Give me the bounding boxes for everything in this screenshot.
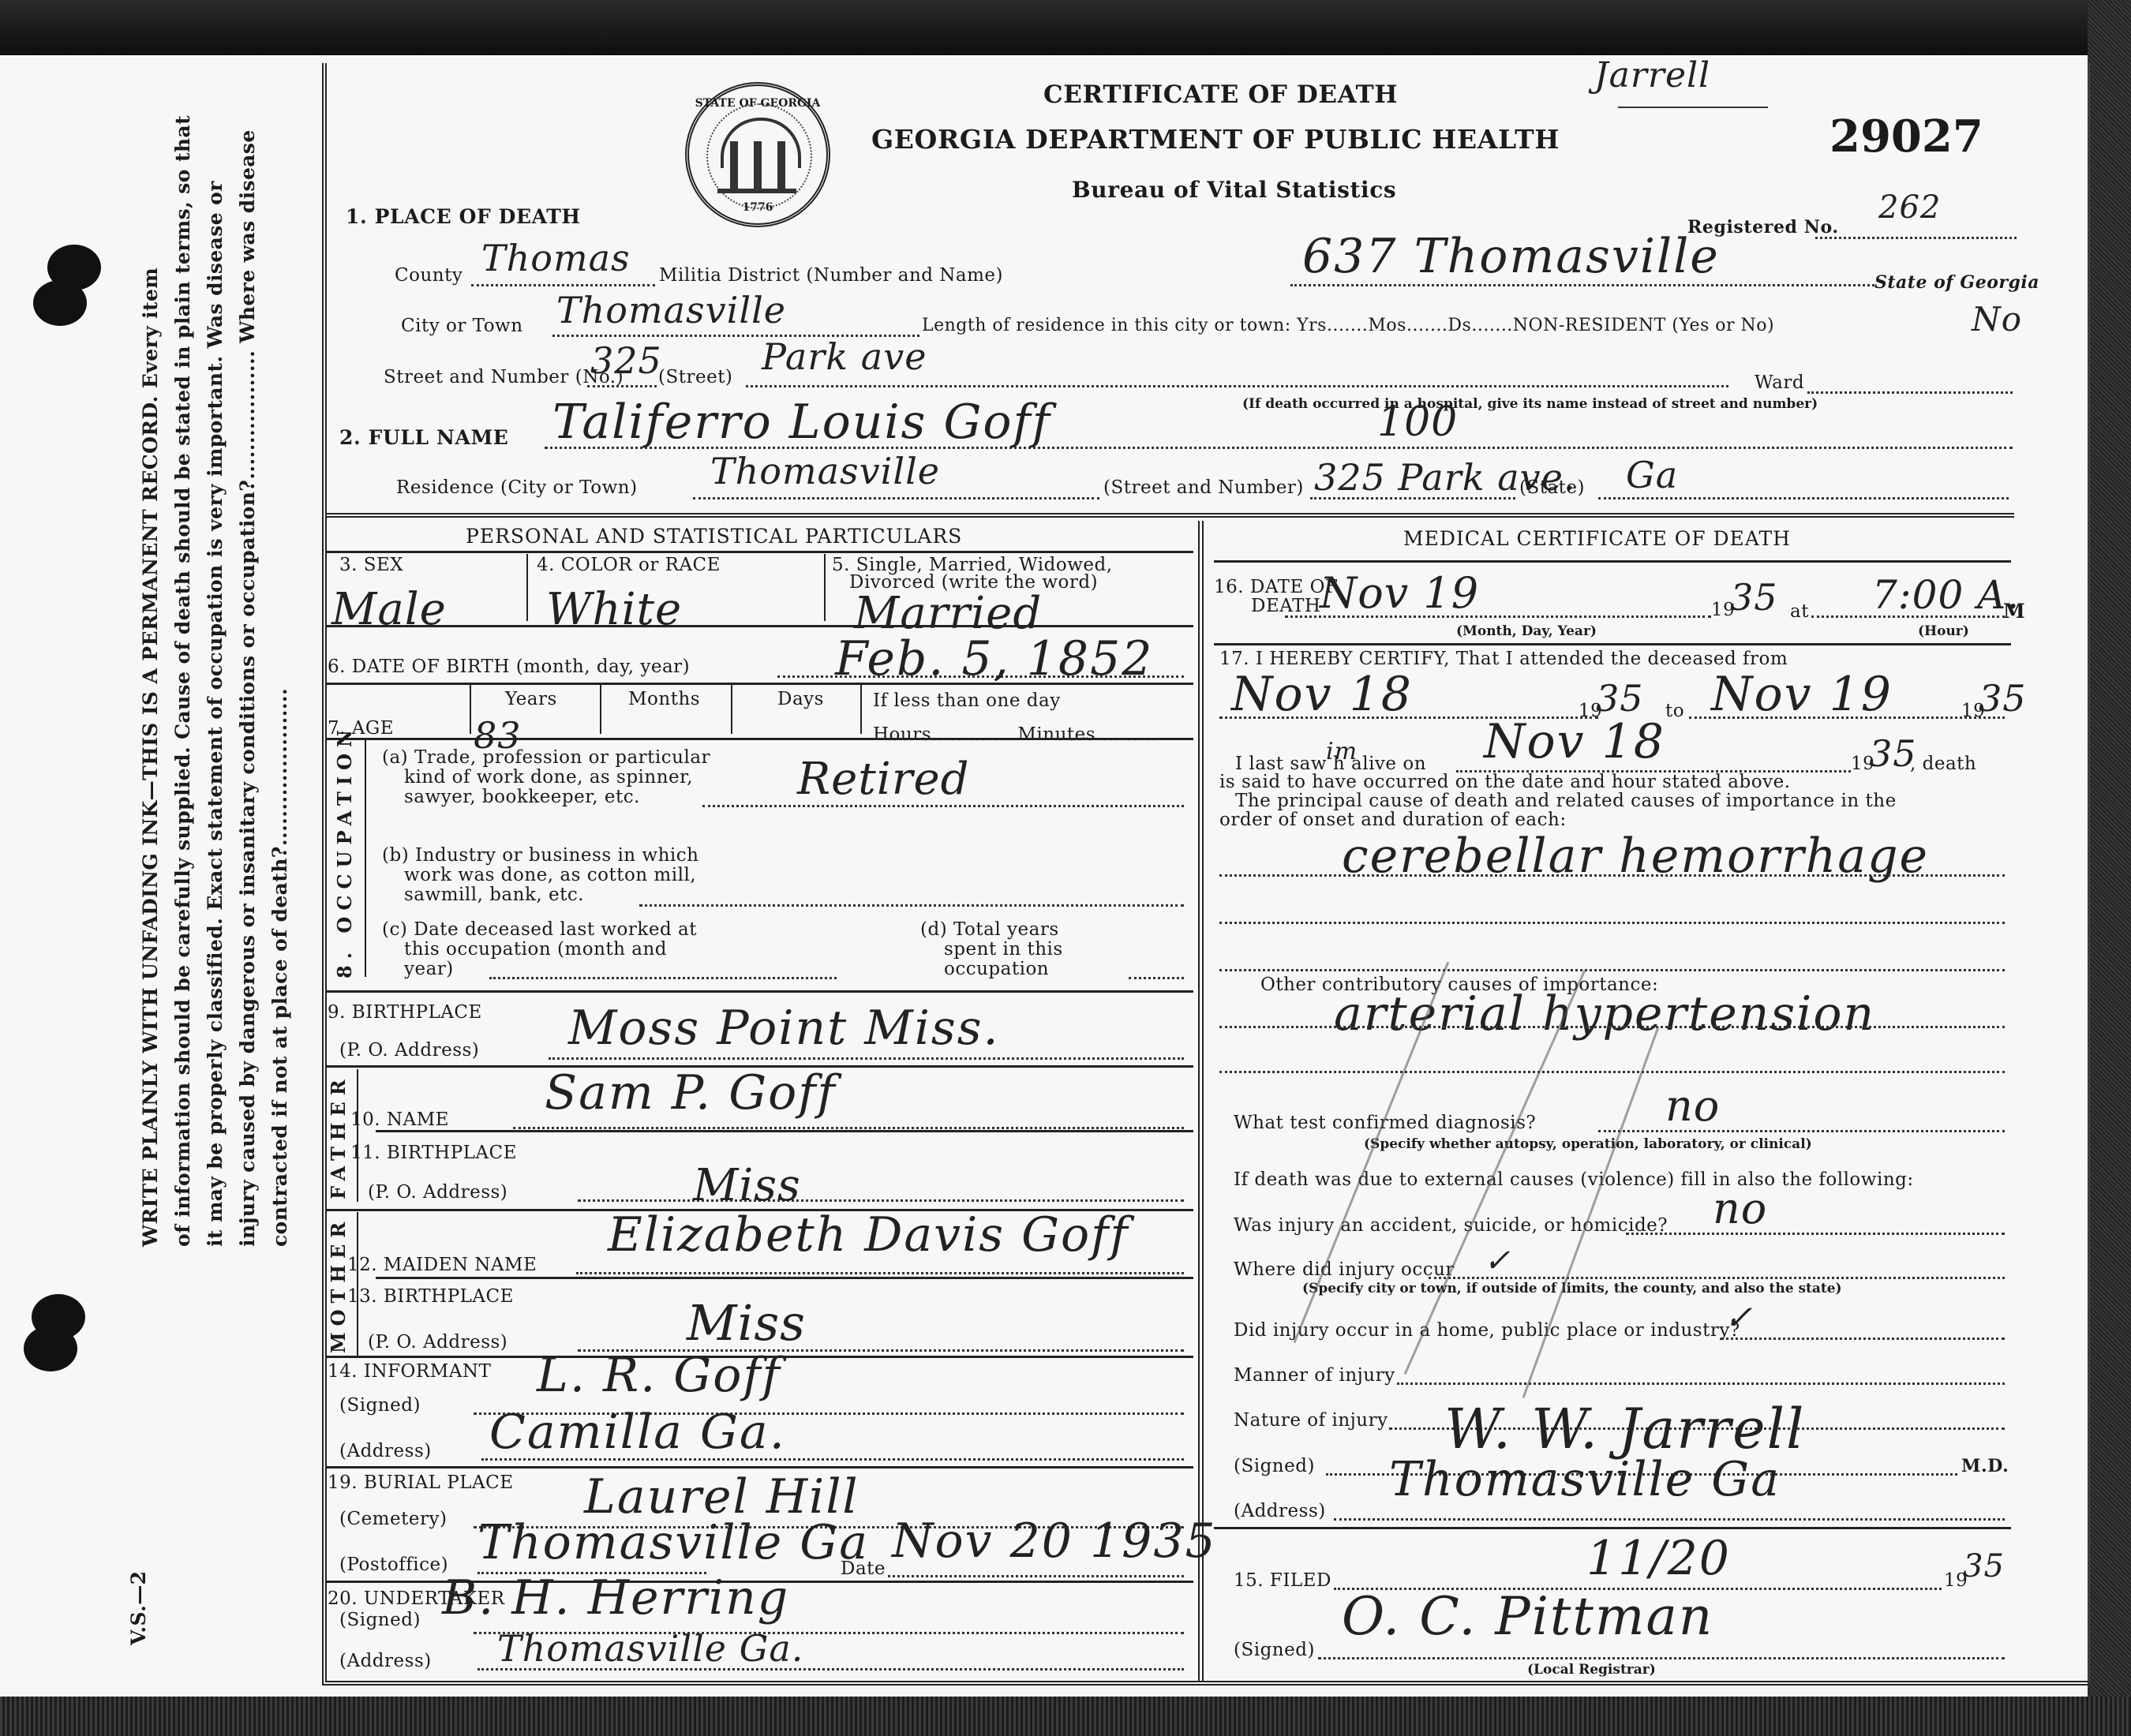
home-injury-value: ✓ — [1725, 1298, 1753, 1337]
mother-vertical-label: MOTHER — [327, 1216, 350, 1353]
bureau-name: Bureau of Vital Statistics — [1072, 177, 1396, 203]
residence-length-label: Length of residence in this city or town… — [922, 316, 1774, 335]
street-label: (Street) — [658, 367, 732, 387]
militia-value: 637 Thomasville — [1302, 229, 1720, 284]
postoffice-label: (Postoffice) — [339, 1555, 448, 1575]
principal-cause-text-2: order of onset and duration of each: — [1219, 810, 1567, 830]
side-instructions: WRITE PLAINLY WITH UNFADING INK—THIS IS … — [134, 115, 296, 1247]
physician-address-label: (Address) — [1234, 1501, 1326, 1521]
external-causes-label: If death was due to external causes (vio… — [1234, 1169, 1914, 1190]
race-value: White — [546, 584, 682, 635]
residence-label: Residence (City or Town) — [396, 477, 638, 498]
hospital-note: (If death occurred in a hospital, give i… — [1242, 396, 1818, 412]
test-note: (Specify whether autopsy, operation, lab… — [1364, 1136, 1812, 1152]
said-occurred-text: is said to have occurred on the date and… — [1219, 772, 1791, 792]
militia-label: Militia District (Number and Name) — [659, 265, 1003, 286]
mother-birthplace-value: Miss — [687, 1294, 806, 1352]
where-injury-note: (Specify city or town, if outside of lim… — [1302, 1281, 1842, 1296]
attended-from-value: Nov 18 — [1231, 667, 1413, 722]
birthplace-label: 9. BIRTHPLACE — [328, 1002, 482, 1023]
ward-label: Ward — [1755, 372, 1804, 393]
other-causes-value: arterial hypertension — [1334, 986, 1875, 1042]
city-label: City or Town — [401, 316, 523, 336]
document-title: CERTIFICATE OF DEATH — [1043, 80, 1398, 109]
occupation-d-label: (d) Total yearsspent in thisoccupation — [920, 920, 1063, 979]
city-value: Thomasville — [556, 289, 786, 331]
registered-no-value: 262 — [1878, 189, 1941, 226]
father-vertical-label: FATHER — [327, 1073, 350, 1199]
mother-maiden-label: 12. MAIDEN NAME — [347, 1255, 537, 1275]
age-days-label: Days — [777, 689, 824, 709]
burial-place-label: 19. BURIAL PLACE — [328, 1472, 514, 1493]
undertaker-signed-label: (Signed) — [339, 1610, 421, 1630]
mother-birthplace-label: 13. BIRTHPLACE — [347, 1286, 514, 1307]
last-saw-date-value: Nov 18 — [1484, 714, 1665, 769]
where-injury-label: Where did injury occur — [1234, 1259, 1455, 1280]
sex-value: Male — [331, 584, 447, 635]
burial-date-label: Date — [841, 1558, 886, 1579]
occupation-b-label: (b) Industry or business in whichwork wa… — [382, 846, 698, 905]
residence-city-value: Thomasville — [710, 450, 940, 492]
department-name: GEORGIA DEPARTMENT OF PUBLIC HEALTH — [871, 124, 1560, 155]
scan-border-bottom — [0, 1697, 2131, 1736]
side-instruction-line: contracted if not at place of death?....… — [264, 115, 296, 1247]
county-label: County — [395, 265, 463, 286]
occupation-c-label: (c) Date deceased last worked atthis occ… — [382, 920, 697, 979]
birthplace-value: Moss Point Miss. — [568, 1001, 1000, 1056]
father-name-label: 10. NAME — [350, 1109, 449, 1130]
occupation-a-value: Retired — [797, 754, 969, 805]
side-instruction-line: WRITE PLAINLY WITH UNFADING INK—THIS IS … — [134, 115, 167, 1247]
age-years-label: Years — [505, 689, 557, 709]
full-name-mark: 100 — [1377, 398, 1458, 446]
cemetery-label: (Cemetery) — [339, 1509, 447, 1529]
father-birthplace-value: Miss — [693, 1160, 801, 1211]
attended-to-value: Nov 19 — [1711, 667, 1893, 722]
dob-label: 6. DATE OF BIRTH (month, day, year) — [328, 657, 690, 677]
residence-state-label: (State) — [1519, 477, 1585, 498]
principal-cause-text: The principal cause of death and related… — [1235, 791, 1897, 811]
informant-signed-value: L. R. Goff — [537, 1348, 781, 1403]
sex-label: 3. SEX — [339, 555, 403, 575]
side-instruction-line: injury caused by dangerous or insanitary… — [231, 115, 264, 1247]
test-value: no — [1665, 1081, 1720, 1131]
binder-hole-icon — [24, 1326, 77, 1371]
certificate-number: 29027 — [1830, 110, 1983, 163]
non-resident-value: No — [1972, 300, 2022, 339]
occupation-a-label: (a) Trade, profession or particularkind … — [382, 748, 710, 807]
local-registrar-label: (Local Registrar) — [1527, 1662, 1656, 1678]
m-label: M — [2003, 600, 2025, 623]
informant-address-value: Camilla Ga. — [489, 1405, 786, 1460]
nature-injury-label: Nature of injury — [1234, 1410, 1388, 1431]
filed-date-value: 11/20 — [1586, 1531, 1731, 1586]
at-label: at — [1790, 601, 1809, 622]
personal-section-header: PERSONAL AND STATISTICAL PARTICULARS — [466, 525, 962, 548]
state-label: State of Georgia — [1874, 272, 2039, 293]
where-injury-value: ✓ — [1484, 1243, 1511, 1279]
undertaker-signed-value: B. H. Herring — [442, 1570, 789, 1626]
side-instruction-line: it may be properly classified. Exact sta… — [199, 115, 231, 1247]
informant-label: 14. INFORMANT — [328, 1361, 491, 1382]
filed-label: 15. FILED — [1234, 1570, 1331, 1591]
informant-address-label: (Address) — [339, 1441, 432, 1461]
month-day-year-note: (Month, Day, Year) — [1456, 623, 1597, 639]
full-name-value: Taliferro Louis Goff — [552, 395, 1051, 450]
occupation-vertical-label: 8. OCCUPATION — [333, 724, 356, 978]
street-number-value: 325 — [590, 339, 662, 382]
age-less-label: If less than one day — [873, 690, 1061, 711]
father-name-value: Sam P. Goff — [545, 1065, 837, 1121]
attended-from-year: 35 — [1596, 677, 1644, 720]
dod-year-value: 35 — [1730, 576, 1778, 619]
accident-label: Was injury an accident, suicide, or homi… — [1234, 1215, 1668, 1236]
race-label: 4. COLOR or RACE — [537, 555, 721, 575]
street-value: Park ave — [762, 335, 927, 378]
accident-value: no — [1713, 1184, 1767, 1233]
home-injury-label: Did injury occur in a home, public place… — [1234, 1320, 1740, 1341]
georgia-seal-icon: STATE OF GEORGIA 1776 — [685, 82, 830, 227]
age-months-label: Months — [628, 689, 700, 709]
manner-injury-label: Manner of injury — [1234, 1365, 1395, 1386]
postoffice-value: Thomasville Ga — [478, 1515, 869, 1570]
father-po-label: (P. O. Address) — [368, 1182, 507, 1203]
residence-street-label: (Street and Number) — [1103, 477, 1304, 498]
dob-value: Feb. 5, 1852 — [835, 631, 1153, 687]
attended-to-year: 35 — [1979, 677, 2027, 720]
side-form-code: V.S.—2 — [122, 1571, 155, 1645]
physician-signed-label: (Signed) — [1234, 1456, 1315, 1476]
hour-note: (Hour) — [1918, 623, 1969, 639]
to-label: to — [1665, 701, 1684, 721]
mother-maiden-value: Elizabeth Davis Goff — [608, 1207, 1129, 1263]
registrar-signed-label: (Signed) — [1234, 1640, 1315, 1660]
age-hours-label: Hours..............Minutes.......... — [873, 724, 1157, 745]
scan-border-top — [0, 0, 2131, 55]
full-name-label: 2. FULL NAME — [339, 426, 508, 449]
birthplace-po-label: (P. O. Address) — [339, 1040, 479, 1061]
annotation-jarrell: Jarrell — [1594, 55, 1710, 95]
father-birthplace-label: 11. BIRTHPLACE — [350, 1143, 517, 1163]
undertaker-address-label: (Address) — [339, 1651, 432, 1671]
scan-border-right — [2088, 0, 2131, 1736]
residence-state-value: Ga — [1626, 454, 1678, 496]
dod-hour-value: 7:00 A. — [1872, 572, 2020, 618]
death-label: , death — [1910, 754, 1976, 774]
place-of-death-label: 1. PLACE OF DEATH — [346, 205, 581, 228]
burial-date-value: Nov 20 1935 — [892, 1513, 1217, 1569]
binder-hole-icon — [33, 280, 87, 326]
side-instruction-line: of information should be carefully suppl… — [167, 115, 199, 1247]
informant-signed-label: (Signed) — [339, 1395, 421, 1416]
medical-section-header: MEDICAL CERTIFICATE OF DEATH — [1403, 527, 1791, 550]
mother-po-label: (P. O. Address) — [368, 1332, 507, 1353]
county-value: Thomas — [481, 237, 631, 279]
md-label: M.D. — [1961, 1456, 2009, 1476]
registrar-signature: O. C. Pittman — [1342, 1586, 1713, 1647]
dod-value: Nov 19 — [1320, 568, 1479, 618]
physician-address-value: Thomasville Ga — [1389, 1452, 1781, 1507]
undertaker-address-value: Thomasville Ga. — [497, 1627, 803, 1670]
filed-year-value: 35 — [1963, 1548, 2005, 1584]
